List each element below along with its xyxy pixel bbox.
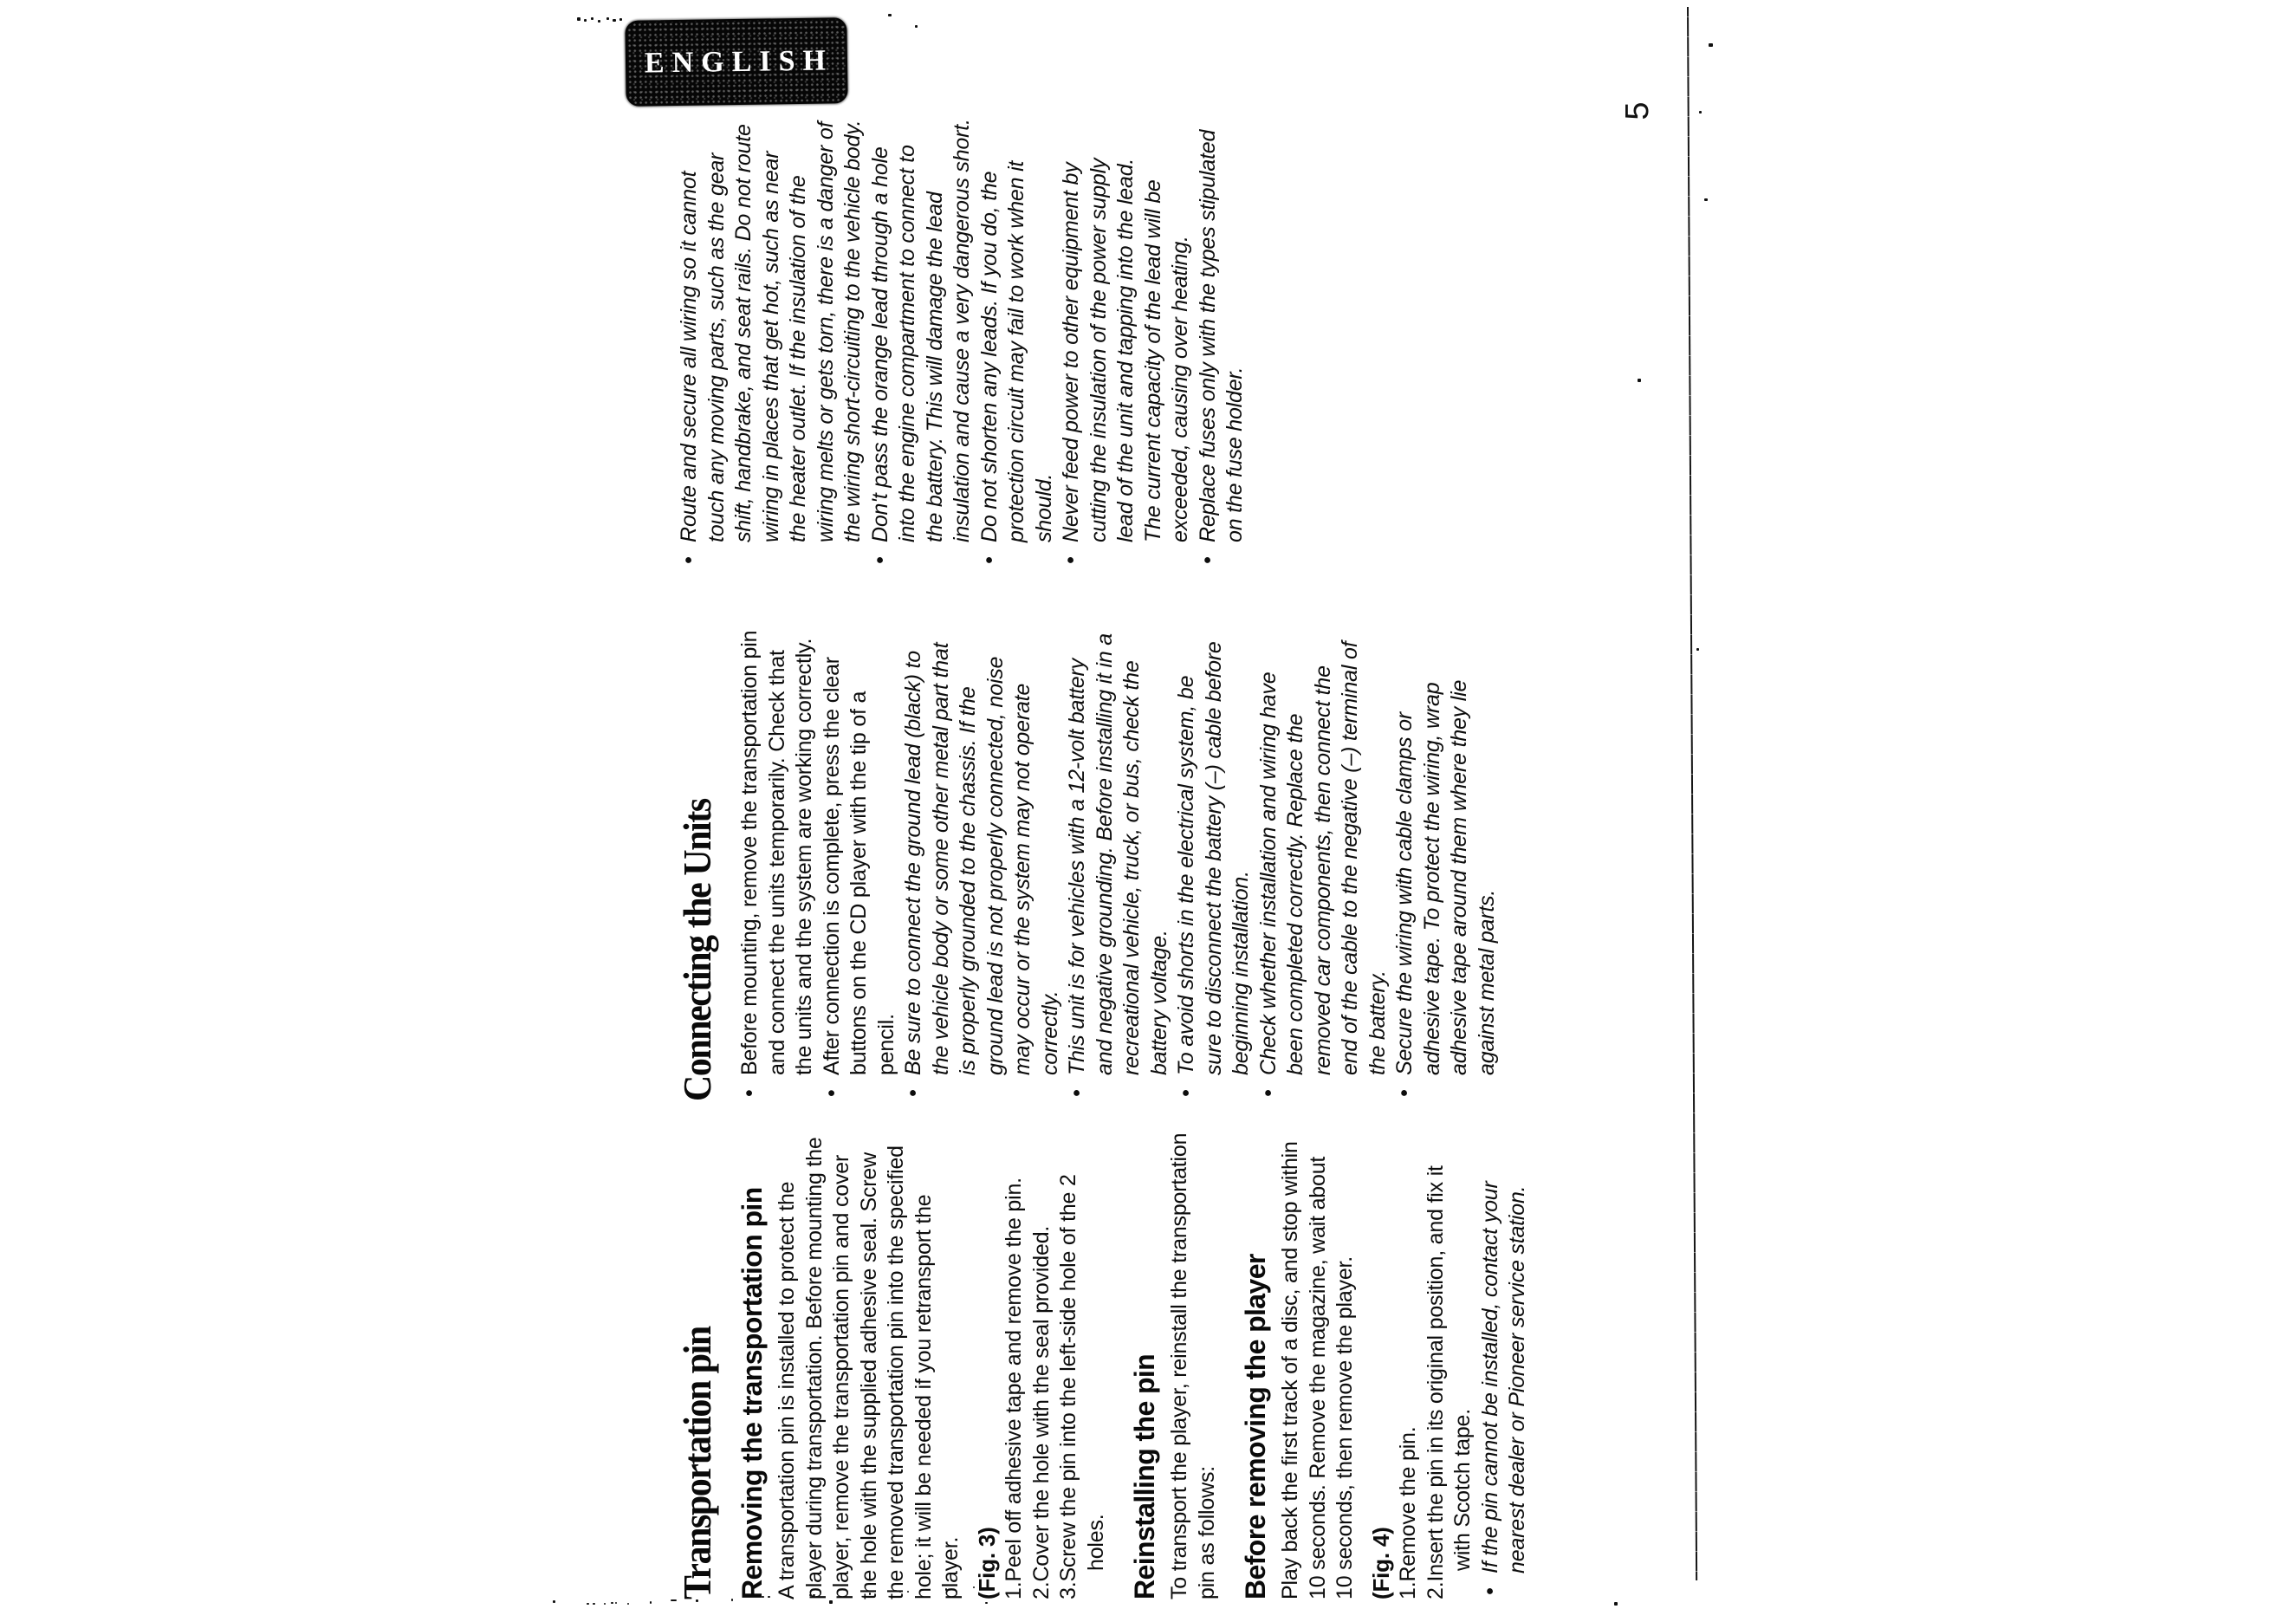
scan-speck [598,20,600,23]
scanned-manual-page: ENGLISH 5 Transportation pin Removing th… [0,0,2296,1622]
bullet-item: Don't pass the orange lead through a hol… [867,118,976,568]
scan-speck [809,1594,812,1596]
column-wiring-cautions: Route and secure all wiring so it cannot… [676,118,1629,568]
bullet-item: Secure the wiring with cable clamps or a… [1391,629,1501,1101]
scan-speck [985,1602,988,1604]
note-pin-cannot-be-installed: If the pin cannot be installed, contact … [1477,1127,1532,1599]
bullet-item: Check whether installation and wiring ha… [1255,629,1392,1101]
scan-speck [650,1601,652,1604]
scan-speck [615,1602,617,1604]
column-transportation-pin: Transportation pin Removing the transpor… [676,1127,1629,1599]
scan-speck [591,17,593,20]
scan-speck [696,1599,698,1602]
scan-speck [1704,198,1708,201]
scan-speck [907,1591,909,1593]
step-item: 2.Insert the pin in its original positio… [1423,1127,1477,1599]
section-title-connecting-units: Connecting the Units [676,662,719,1101]
scan-gutter-line [1687,7,1697,1580]
heading-reinstalling-pin: Reinstalling the pin [1129,1127,1160,1599]
scan-speck [829,1600,833,1604]
steps-fig4: 1.Remove the pin. 2.Insert the pin in it… [1395,1127,1477,1599]
heading-removing-pin: Removing the transportation pin [736,1127,768,1599]
figure-ref-fig4: (Fig. 4) [1368,1127,1396,1599]
scan-speck [813,1594,815,1596]
scan-speck [671,1599,677,1601]
bullet-item: This unit is for vehicles with a 12-volt… [1064,629,1173,1101]
scan-speck [1696,648,1699,651]
scan-speck [899,1591,901,1593]
scan-speck [869,1593,871,1595]
heading-before-removing-player: Before removing the player [1240,1127,1271,1599]
scan-speck [731,1599,733,1601]
step-item: 2.Cover the hole with the seal provided. [1028,1127,1056,1599]
scan-speck [584,19,587,22]
scan-speck [611,1602,613,1604]
scan-speck [1614,1602,1618,1606]
scan-speck [577,17,580,21]
bullet-item: After connection is complete, press the … [819,629,901,1101]
section-title-transportation-pin: Transportation pin [676,1160,719,1599]
scan-speck [613,19,616,22]
column-connecting-the-units: Connecting the Units Before mounting, re… [676,629,1629,1101]
scan-speck [1699,111,1702,114]
scan-speck [593,1603,595,1605]
scan-speck [587,1603,589,1605]
paragraph-before-removing-player: Play back the first track of a disc, and… [1277,1127,1359,1599]
step-item: 1.Peel off adhesive tape and remove the … [1001,1127,1028,1599]
bullet-item: Before mounting, remove the transportati… [736,629,819,1101]
scan-speck [945,1588,947,1591]
bullet-item: Replace fuses only with the types stipul… [1195,118,1249,568]
scan-speck [922,1589,924,1591]
paragraph-removing-pin: A transportation pin is installed to pro… [774,1127,965,1599]
scan-speck [915,25,918,28]
scan-speck [604,1603,606,1605]
bullet-item: Do not shorten any leads. If you do, the… [976,118,1059,568]
scan-speck [1709,43,1713,47]
bullet-item: Route and secure all wiring so it cannot… [676,118,867,568]
bullet-item: Never feed power to other equipment by c… [1058,118,1195,568]
scan-speck [1638,379,1641,382]
step-item: 1.Remove the pin. [1395,1127,1423,1599]
scan-speck [895,1590,897,1592]
scan-speck [973,1586,975,1588]
bullet-item: To avoid shorts in the electrical system… [1173,629,1255,1101]
paragraph-reinstalling-pin: To transport the player, reinstall the t… [1166,1127,1221,1599]
scan-speck [553,1600,555,1603]
step-item: 3.Screw the pin into the left-side hole … [1055,1127,1110,1599]
scan-speck [888,14,892,16]
scan-speck [619,18,622,21]
figure-ref-fig3: (Fig. 3) [974,1127,1002,1599]
bullet-item: Be sure to connect the ground lead (blac… [900,629,1064,1101]
rotated-text-block: Transportation pin Removing the transpor… [676,75,1629,1599]
scan-speck [606,17,609,20]
scan-speck [768,1596,770,1598]
scan-speck [762,1596,764,1598]
steps-fig3: 1.Peel off adhesive tape and remove the … [1001,1127,1110,1599]
scan-speck [627,1603,629,1605]
